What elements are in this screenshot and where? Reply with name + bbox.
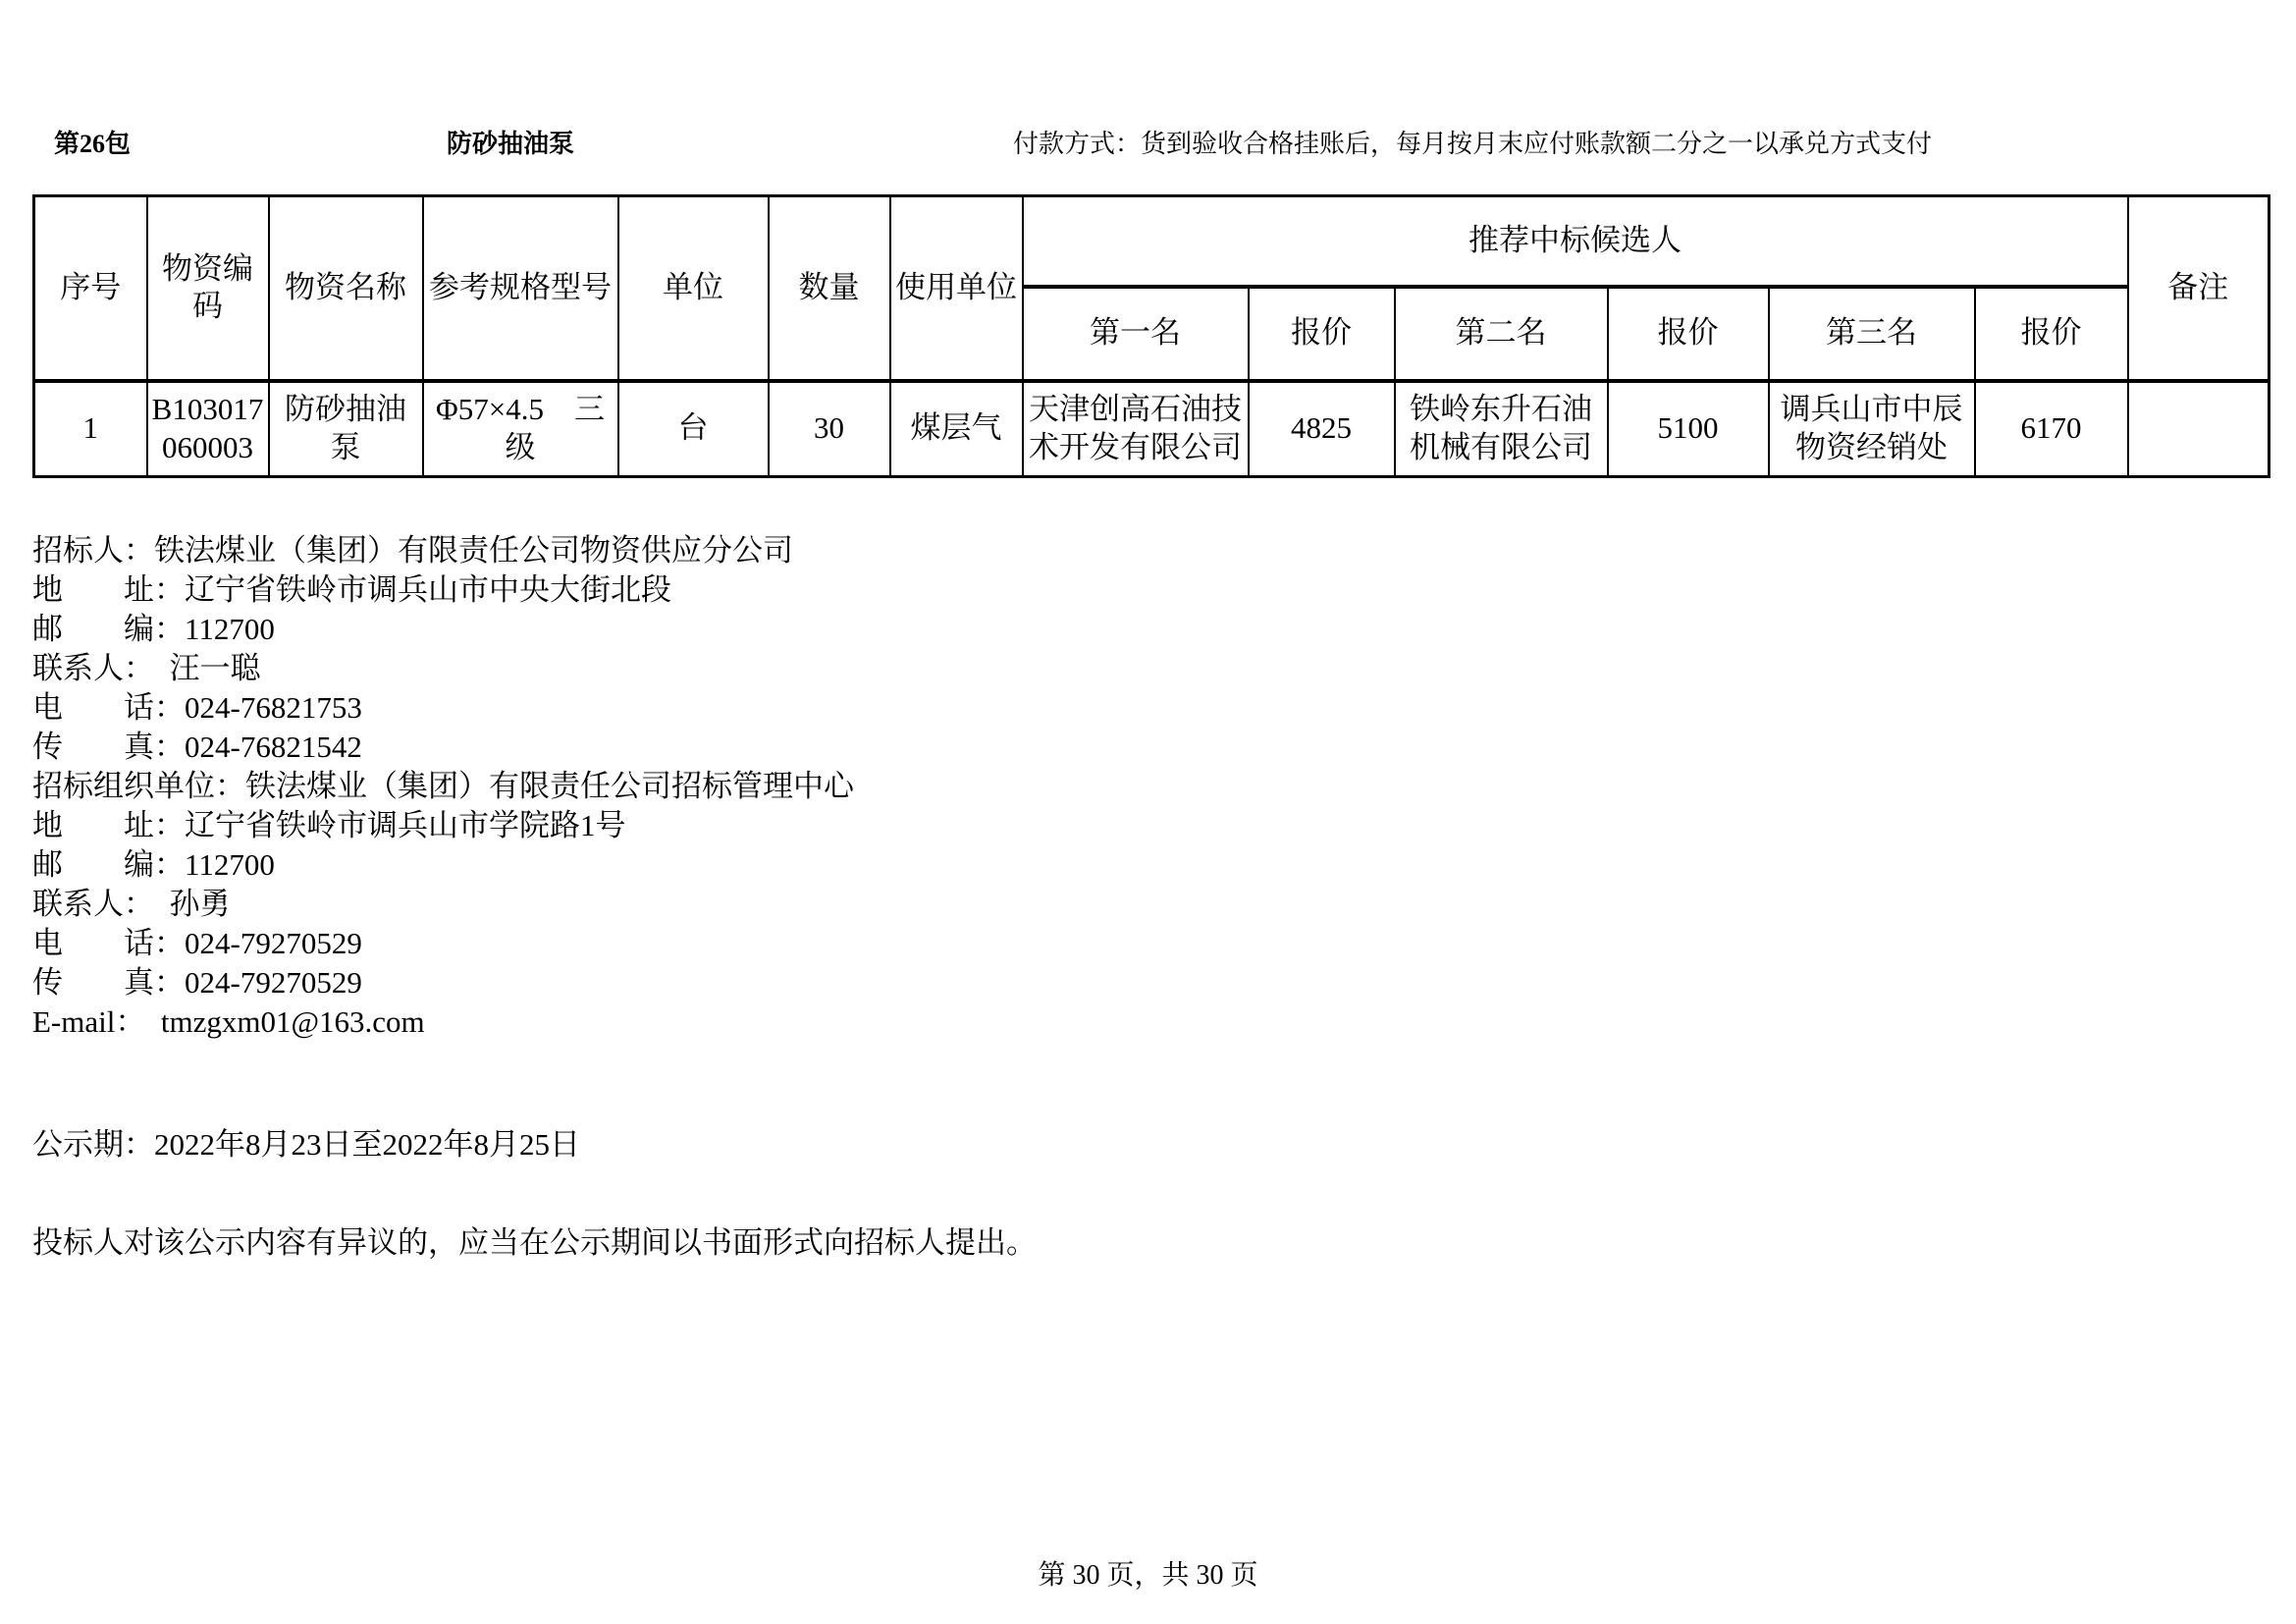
cell-seq: 1 bbox=[34, 381, 147, 477]
objection-notice-text: 投标人对该公示内容有异议的，应当在公示期间以书面形式向招标人提出。 bbox=[32, 1218, 1037, 1262]
cell-second-candidate: 铁岭东升石油机械有限公司 bbox=[1395, 381, 1608, 477]
col-header-candidates-group: 推荐中标候选人 bbox=[1023, 196, 2128, 287]
document-page: 第26包 防砂抽油泵 付款方式：货到验收合格挂账后，每月按月末应付账款额二分之一… bbox=[0, 0, 2296, 1624]
contact-line-fax-2: 传 真：024-79270529 bbox=[32, 963, 854, 1002]
col-header-unit: 单位 bbox=[618, 196, 769, 381]
col-header-spec-model: 参考规格型号 bbox=[423, 196, 618, 381]
col-header-remark: 备注 bbox=[2128, 196, 2269, 381]
col-header-using-unit: 使用单位 bbox=[890, 196, 1023, 381]
contact-line-contact-person-2: 联系人： 孙勇 bbox=[32, 885, 854, 924]
cell-spec-model: Φ57×4.5 三级 bbox=[423, 381, 618, 477]
page-header-line: 第26包 防砂抽油泵 付款方式：货到验收合格挂账后，每月按月末应付账款额二分之一… bbox=[0, 124, 2296, 163]
publicity-period-text: 公示期：2022年8月23日至2022年8月25日 bbox=[32, 1119, 580, 1164]
col-header-first-price: 报价 bbox=[1249, 287, 1395, 381]
cell-second-price: 5100 bbox=[1608, 381, 1769, 477]
table-row: 1 B103017060003 防砂抽油泵 Φ57×4.5 三级 台 30 煤层… bbox=[34, 381, 2269, 477]
cell-third-candidate: 调兵山市中辰物资经销处 bbox=[1769, 381, 1975, 477]
col-header-material-name: 物资名称 bbox=[269, 196, 423, 381]
col-header-second-candidate: 第二名 bbox=[1395, 287, 1608, 381]
contact-line-contact-person: 联系人： 汪一聪 bbox=[32, 649, 854, 688]
bid-result-table: 序号 物资编码 物资名称 参考规格型号 单位 数量 使用单位 推荐中标候选人 备… bbox=[32, 194, 2270, 478]
payment-terms-text: 付款方式：货到验收合格挂账后，每月按月末应付账款额二分之一以承兑方式支付 bbox=[1013, 124, 1932, 160]
col-header-third-candidate: 第三名 bbox=[1769, 287, 1975, 381]
page-indicator: 第 30 页，共 30 页 bbox=[0, 1553, 2296, 1593]
package-number-label: 第26包 bbox=[54, 124, 131, 160]
cell-unit: 台 bbox=[618, 381, 769, 477]
contact-line-fax: 传 真：024-76821542 bbox=[32, 728, 854, 767]
contact-line-email: E-mail： tmzgxm01@163.com bbox=[32, 1002, 854, 1042]
contact-line-tenderer: 招标人：铁法煤业（集团）有限责任公司物资供应分公司 bbox=[32, 531, 854, 570]
cell-remark bbox=[2128, 381, 2269, 477]
package-name-label: 防砂抽油泵 bbox=[447, 124, 574, 160]
col-header-second-price: 报价 bbox=[1608, 287, 1769, 381]
cell-first-candidate: 天津创高石油技术开发有限公司 bbox=[1023, 381, 1249, 477]
contact-line-address: 地 址：辽宁省铁岭市调兵山市中央大街北段 bbox=[32, 570, 854, 610]
bidder-contact-block: 招标人：铁法煤业（集团）有限责任公司物资供应分公司 地 址：辽宁省铁岭市调兵山市… bbox=[32, 531, 854, 1042]
cell-first-price: 4825 bbox=[1249, 381, 1395, 477]
cell-material-name: 防砂抽油泵 bbox=[269, 381, 423, 477]
col-header-material-code: 物资编码 bbox=[147, 196, 269, 381]
contact-line-organizer: 招标组织单位：铁法煤业（集团）有限责任公司招标管理中心 bbox=[32, 767, 854, 806]
contact-line-postcode-2: 邮 编：112700 bbox=[32, 845, 854, 885]
col-header-first-candidate: 第一名 bbox=[1023, 287, 1249, 381]
col-header-seq: 序号 bbox=[34, 196, 147, 381]
col-header-quantity: 数量 bbox=[769, 196, 890, 381]
col-header-third-price: 报价 bbox=[1975, 287, 2128, 381]
cell-using-unit: 煤层气 bbox=[890, 381, 1023, 477]
cell-quantity: 30 bbox=[769, 381, 890, 477]
cell-material-code: B103017060003 bbox=[147, 381, 269, 477]
contact-line-phone-2: 电 话：024-79270529 bbox=[32, 924, 854, 963]
contact-line-address-2: 地 址：辽宁省铁岭市调兵山市学院路1号 bbox=[32, 806, 854, 845]
contact-line-phone: 电 话：024-76821753 bbox=[32, 688, 854, 728]
cell-third-price: 6170 bbox=[1975, 381, 2128, 477]
contact-line-postcode: 邮 编：112700 bbox=[32, 610, 854, 649]
